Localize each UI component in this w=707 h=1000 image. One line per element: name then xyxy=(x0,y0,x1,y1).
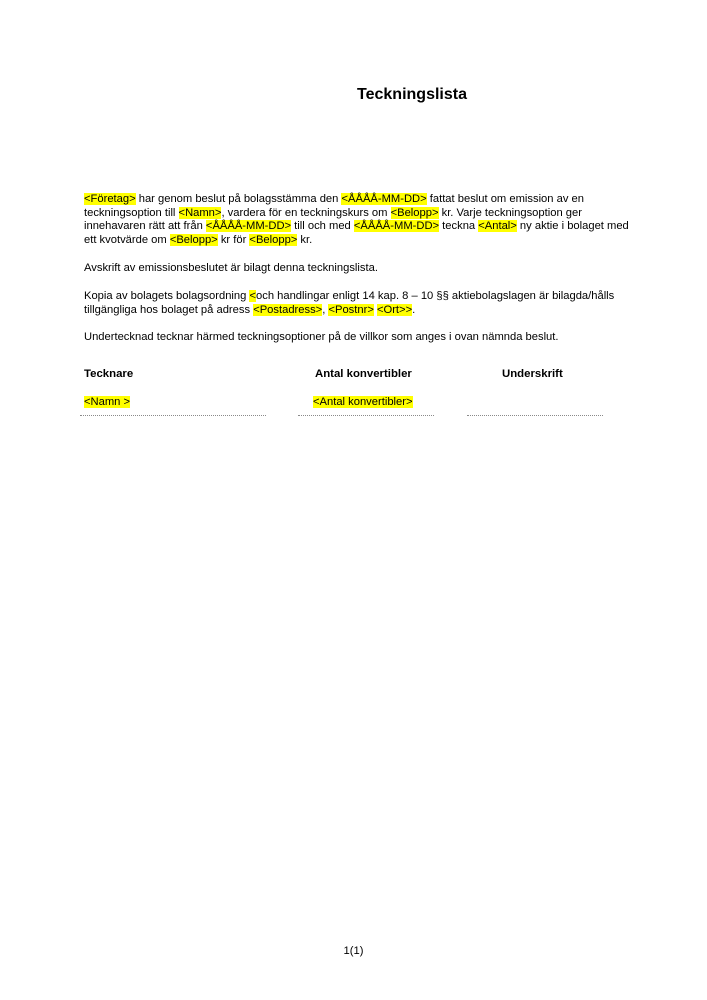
text: har genom beslut på bolagsstämma den xyxy=(136,193,342,205)
quantity-field: <Antal konvertibler> xyxy=(313,395,413,409)
text: teckna xyxy=(439,220,478,232)
placeholder-quantity: <Antal konvertibler> xyxy=(313,396,413,408)
signature-line-subscriber xyxy=(80,415,266,416)
page-number: 1(1) xyxy=(0,944,707,958)
text: till och med xyxy=(291,220,354,232)
placeholder-name: <Namn> xyxy=(179,207,222,219)
signature-line-quantity xyxy=(298,415,434,416)
placeholder-amount: <Belopp> xyxy=(170,234,218,246)
paragraph-undersigned: Undertecknad tecknar härmed teckningsopt… xyxy=(84,331,629,345)
text: kr för xyxy=(218,234,250,246)
signature-line-signature xyxy=(467,415,603,416)
column-header-subscriber: Tecknare xyxy=(84,367,133,381)
placeholder-city: <Ort>> xyxy=(377,304,412,316)
placeholder-postal-address: <Postadress> xyxy=(253,304,322,316)
placeholder-date: <ÅÅÅÅ-MM-DD> xyxy=(341,193,426,205)
placeholder-company: <Företag> xyxy=(84,193,136,205)
text: kr. xyxy=(297,234,312,246)
paragraph-emission-decision: <Företag> har genom beslut på bolagsstäm… xyxy=(84,193,629,247)
placeholder-date: <ÅÅÅÅ-MM-DD> xyxy=(206,220,291,232)
subscriber-name-field: <Namn > xyxy=(84,395,130,409)
document-title: Teckningslista xyxy=(0,84,707,106)
column-header-signature: Underskrift xyxy=(502,367,563,381)
paragraph-attachment: Avskrift av emissionsbeslutet är bilagt … xyxy=(84,262,629,276)
placeholder-amount: <Belopp> xyxy=(391,207,439,219)
placeholder-date: <ÅÅÅÅ-MM-DD> xyxy=(354,220,439,232)
text: Kopia av bolagets bolagsordning xyxy=(84,290,249,302)
placeholder-count: <Antal> xyxy=(478,220,517,232)
text: . xyxy=(412,304,415,316)
placeholder-name: <Namn > xyxy=(84,396,130,408)
document-page: Teckningslista <Företag> har genom beslu… xyxy=(0,0,707,1000)
text: , vardera för en teckningskurs om xyxy=(221,207,390,219)
placeholder-postal-code: <Postnr> xyxy=(328,304,373,316)
column-header-quantity: Antal konvertibler xyxy=(315,367,412,381)
placeholder-amount: <Belopp> xyxy=(249,234,297,246)
paragraph-articles-of-association: Kopia av bolagets bolagsordning <och han… xyxy=(84,290,629,317)
